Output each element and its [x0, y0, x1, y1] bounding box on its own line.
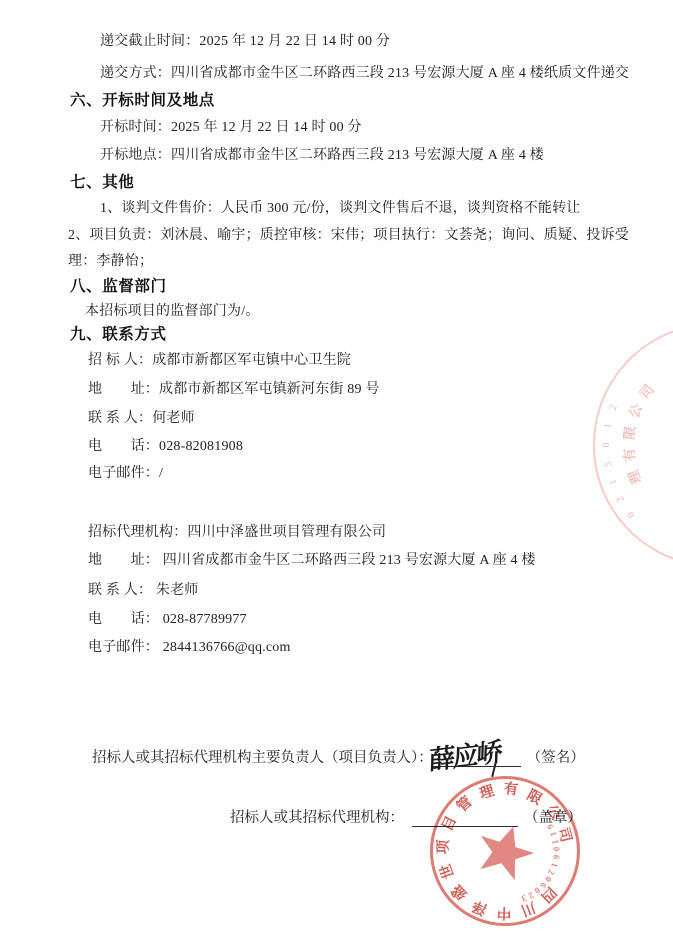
- other-item1-line: 1、谈判文件售价：人民币 300 元/份，谈判文件售后不退，谈判资格不能转让: [100, 197, 581, 217]
- tenderer-contact-line: 联 系 人：何老师: [88, 407, 195, 427]
- agency-address-line: 地 址： 四川省成都市金牛区二环路西三段 213 号宏源大厦 A 座 4 楼: [88, 549, 536, 569]
- seal-ring-digits: 611061206023: [430, 776, 580, 926]
- section8-heading: 八、监督部门: [70, 274, 167, 296]
- section6-heading: 六、开标时间及地点: [70, 88, 215, 110]
- other-item2-line2: 理：李静怡；: [68, 250, 153, 270]
- principal-signature-row: 招标人或其招标代理机构主要负责人（项目负责人）：薛应峤（签名）: [92, 745, 585, 767]
- sign-name-suffix: （签名）: [527, 746, 585, 767]
- agency-name-line: 招标代理机构：四川中泽盛世项目管理有限公司: [88, 521, 386, 541]
- partial-seal-stamp: 0215012 理有限公司: [593, 323, 673, 567]
- section9-heading: 九、联系方式: [70, 322, 167, 344]
- agency-contact-line: 联 系 人： 朱老师: [88, 579, 199, 599]
- org-label: 招标人或其招标代理机构：: [230, 806, 404, 827]
- document-page: 递交截止时间：2025 年 12 月 22 日 14 时 00 分 递交方式：四…: [0, 0, 673, 937]
- agency-seal-stamp: 四川中泽盛世项目管理有限公司 611061206023: [430, 776, 580, 926]
- tenderer-name-line: 招 标 人：成都市新都区军屯镇中心卫生院: [88, 349, 351, 369]
- bid-opening-place-line: 开标地点：四川省成都市金牛区二环路西三段 213 号宏源大厦 A 座 4 楼: [100, 144, 544, 164]
- partial-seal-text: 理有限公司: [593, 323, 673, 567]
- agency-email-line: 电子邮件： 2844136766@qq.com: [88, 636, 291, 656]
- tenderer-email-line: 电子邮件：/: [88, 462, 163, 482]
- submission-method-line: 递交方式：四川省成都市金牛区二环路西三段 213 号宏源大厦 A 座 4 楼纸质…: [100, 62, 629, 82]
- other-item2-line1: 2、项目负责：刘沐晨、喻宇；质控审核：宋伟；项目执行：文荟尧；询问、质疑、投诉受: [68, 224, 629, 244]
- tenderer-phone-line: 电 话：028-82081908: [88, 435, 243, 455]
- bid-opening-time-line: 开标时间：2025 年 12 月 22 日 14 时 00 分: [100, 116, 362, 136]
- principal-label: 招标人或其招标代理机构主要负责人（项目负责人）：: [92, 746, 433, 767]
- signature-underline: 薛应峤: [433, 745, 521, 767]
- submission-deadline-line: 递交截止时间：2025 年 12 月 22 日 14 时 00 分: [100, 30, 390, 50]
- section7-heading: 七、其他: [70, 170, 134, 192]
- supervision-body-line: 本招标项目的监督部门为/。: [85, 300, 260, 320]
- agency-phone-line: 电 话： 028-87789977: [88, 608, 247, 628]
- tenderer-address-line: 地 址：成都市新都区军屯镇新河东街 89 号: [88, 378, 380, 398]
- handwritten-signature: 薛应峤: [428, 731, 501, 777]
